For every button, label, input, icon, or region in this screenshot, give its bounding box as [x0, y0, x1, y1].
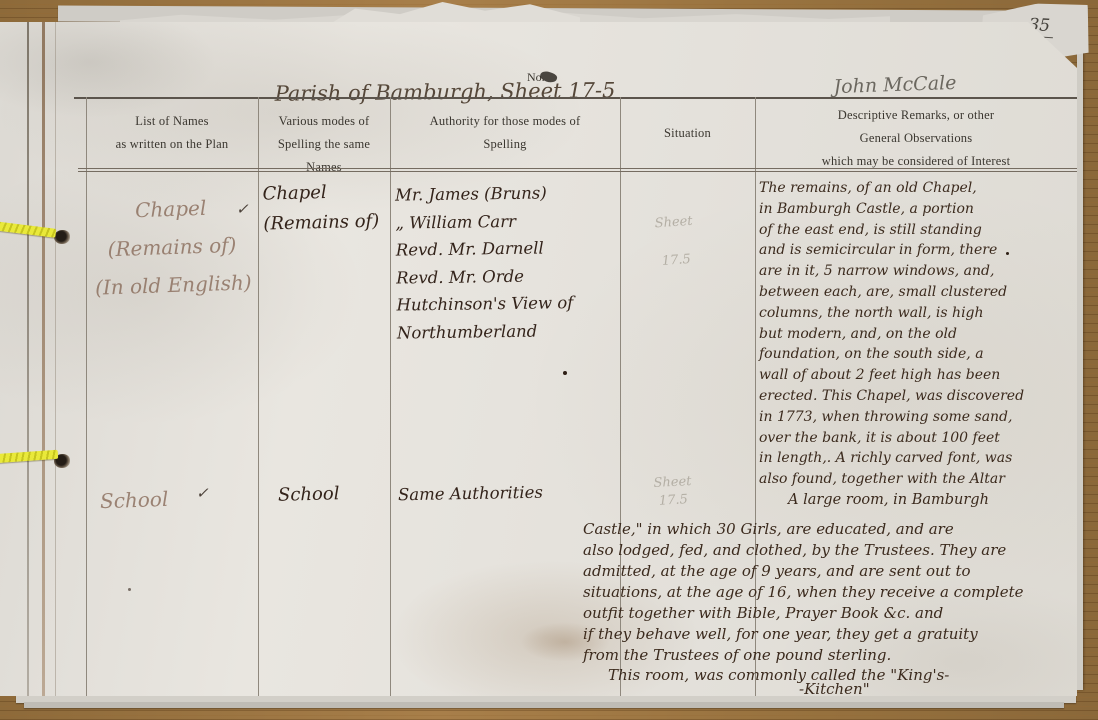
column-header-names: List of Names as written on the Plan	[88, 110, 256, 156]
parish-title: Parish of Bamburgh, Sheet 17-5	[225, 78, 665, 107]
binding-crease-brown	[42, 22, 45, 696]
column-header-situation: Situation	[622, 122, 753, 145]
entry-chapel-remarks: The remains, of an old Chapel, in Bambur…	[759, 178, 1077, 490]
entry-school-name: School	[100, 487, 169, 513]
ink-speck-3	[128, 588, 131, 591]
column-header-authority: Authority for those modes of Spelling	[392, 110, 618, 156]
header-separator-rule-a	[78, 168, 1077, 169]
binding-crease-dark	[27, 22, 29, 696]
stain-bottom-center	[520, 622, 610, 662]
page-stack-edge-bottom-2	[24, 702, 1064, 708]
photo-of-ledger-on-desk: { "document": { "page_number": "35", "co…	[0, 0, 1098, 720]
entry-school-remarks-overflow: Castle," in which 30 Girls, are educated…	[583, 519, 1088, 666]
ink-speck-2	[1006, 252, 1009, 255]
column-header-remarks: Descriptive Remarks, or other General Ob…	[757, 104, 1075, 173]
name-book-page: No. Parish of Bamburgh, Sheet 17-5 John …	[0, 22, 1077, 696]
entry-chapel-name: Chapel (Remains of) (In old English)	[90, 187, 254, 307]
entry-school-authority: Same Authorities	[398, 483, 543, 505]
page-stack-edge-right	[1077, 40, 1083, 690]
entry-school-situation: Sheet 17.5	[637, 472, 709, 512]
entry-school-check: ✓	[196, 484, 209, 502]
header-rule	[74, 97, 1077, 99]
torn-paper-flap-top	[330, 2, 580, 24]
binding-crease-light	[55, 22, 56, 696]
entry-chapel-authority: Mr. James (Bruns) „ William Carr Revd. M…	[395, 178, 621, 346]
entry-chapel-situation: Sheet 17.5	[632, 201, 717, 282]
yellow-tie-bottom	[0, 450, 58, 463]
surveyor-signature: John McCale	[795, 71, 996, 100]
column-line-1	[86, 97, 87, 696]
header-separator-rule-b	[78, 171, 1077, 172]
binding-hole-top	[54, 230, 70, 244]
entry-school-spelling: School	[278, 483, 340, 506]
ink-speck-1	[563, 371, 567, 375]
column-line-3	[390, 97, 391, 696]
column-line-2	[258, 97, 259, 696]
entry-chapel-check: ✓	[236, 200, 249, 218]
entry-chapel-spelling: Chapel (Remains of)	[262, 176, 388, 239]
entry-school-remarks-intro: A large room, in Bamburgh	[788, 492, 989, 508]
